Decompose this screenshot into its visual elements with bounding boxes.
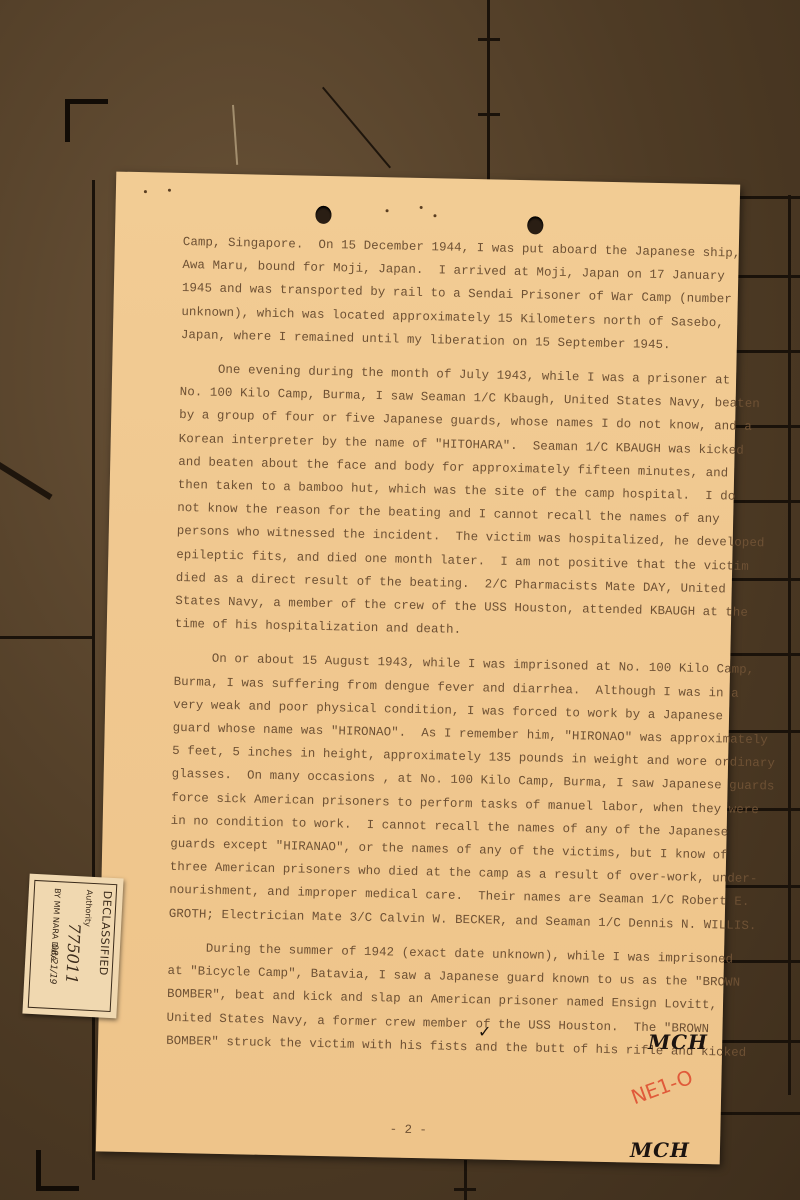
stamp-title: DECLASSIFIED: [96, 890, 113, 976]
table-grid-line: [0, 636, 92, 639]
table-grid-line: [710, 1112, 800, 1115]
table-grid-line: [487, 0, 490, 180]
paragraph: On or about 15 August 1943, while I was …: [169, 647, 695, 936]
paper-speck: [433, 214, 436, 217]
table-scratch: [322, 87, 391, 169]
paper-speck: [144, 190, 147, 193]
declassified-stamp: DECLASSIFIED Authority 775011 BY MM NARA…: [22, 874, 123, 1019]
paper-speck: [386, 209, 389, 212]
table-grid-tick: [464, 1160, 467, 1200]
stamp-content: DECLASSIFIED Authority 775011 BY MM NARA…: [29, 881, 115, 1011]
table-grid-line: [92, 180, 95, 1180]
table-scratch: [232, 105, 238, 165]
document-body: Camp, Singapore. On 15 December 1944, I …: [166, 231, 703, 1075]
document-page: Camp, Singapore. On 15 December 1944, I …: [96, 172, 740, 1165]
table-grid-tick: [478, 113, 500, 116]
stamp-by-label: BY: [52, 888, 62, 898]
stamp-date: 08/21/19: [46, 944, 58, 985]
table-grid-line: [722, 578, 800, 581]
registration-corner-top-left: [65, 99, 108, 142]
table-grid-line: [710, 1040, 800, 1043]
stamp-authority-label: Authority: [83, 890, 94, 927]
paper-speck: [168, 189, 171, 192]
check-mark-annotation: ✓: [478, 1022, 491, 1041]
table-grid-tick: [454, 1188, 476, 1191]
paper-speck: [420, 206, 423, 209]
punch-hole-left: [315, 206, 331, 224]
paragraph: Camp, Singapore. On 15 December 1944, I …: [181, 231, 703, 358]
paragraph: During the summer of 1942 (exact date un…: [166, 937, 688, 1064]
table-scratch: [0, 462, 53, 500]
punch-hole-right: [527, 216, 543, 234]
table-grid-line: [726, 350, 800, 353]
handwritten-initials-bottom: MCH: [630, 1138, 690, 1162]
table-grid-tick: [478, 38, 500, 41]
table-grid-line: [720, 653, 800, 656]
handwritten-initials-margin: MCH: [648, 1030, 708, 1054]
table-grid-line: [728, 275, 800, 278]
paragraph: One evening during the month of July 194…: [175, 358, 701, 647]
stamp-border: DECLASSIFIED Authority 775011 BY MM NARA…: [28, 880, 118, 1012]
stamp-by-value: MM: [51, 900, 61, 914]
registration-corner-bottom-left: [36, 1150, 79, 1191]
stamp-authority-number: 775011: [62, 923, 84, 985]
page-number: - 2 -: [96, 1116, 720, 1143]
